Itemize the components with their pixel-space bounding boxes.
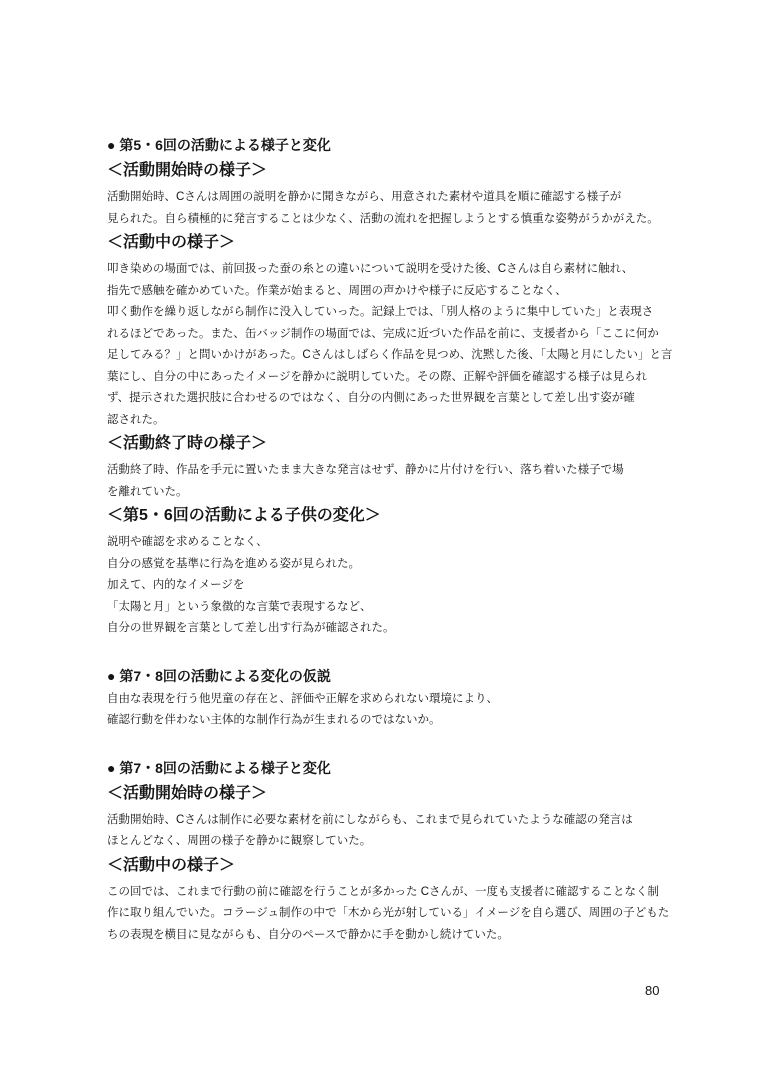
- body-paragraph: 活動開始時、Cさんは周囲の説明を静かに聞きながら、用意された素材や道具を順に確認…: [107, 187, 693, 230]
- body-paragraph: 活動開始時、Cさんは制作に必要な素材を前にしながらも、これまで見られていたような…: [107, 810, 693, 853]
- body-paragraph: 説明や確認を求めることなく、 自分の感覚を基準に行為を進める姿が見られた。 加え…: [107, 532, 693, 640]
- document-body: ● 第5・6回の活動による様子と変化 ＜活動開始時の様子＞ 活動開始時、Cさんは…: [107, 133, 693, 946]
- body-paragraph: 活動終了時、作品を手元に置いたまま大きな発言はせず、静かに片付けを行い、落ち着い…: [107, 460, 693, 503]
- bullet-heading: ● 第7・8回の活動による様子と変化: [107, 756, 693, 781]
- section-spacer: [107, 732, 693, 756]
- subsection-heading: ＜活動開始時の様子＞: [107, 158, 693, 183]
- bullet-heading: ● 第5・6回の活動による様子と変化: [107, 133, 693, 158]
- section-spacer: [107, 640, 693, 664]
- body-paragraph: 自由な表現を行う他児童の存在と、評価や正解を求められない環境により、 確認行動を…: [107, 689, 693, 732]
- subsection-heading: ＜活動中の様子＞: [107, 853, 693, 878]
- subsection-heading: ＜第5・6回の活動による子供の変化＞: [107, 503, 693, 528]
- subsection-heading: ＜活動終了時の様子＞: [107, 431, 693, 456]
- bullet-heading: ● 第7・8回の活動による変化の仮説: [107, 664, 693, 689]
- body-paragraph: この回では、これまで行動の前に確認を行うことが多かった Cさんが、一度も支援者に…: [107, 882, 693, 947]
- subsection-heading: ＜活動開始時の様子＞: [107, 781, 693, 806]
- body-paragraph: 叩き染めの場面では、前回扱った蚕の糸との違いについて説明を受けた後、Cさんは自ら…: [107, 259, 693, 431]
- subsection-heading: ＜活動中の様子＞: [107, 230, 693, 255]
- document-page: ● 第5・6回の活動による様子と変化 ＜活動開始時の様子＞ 活動開始時、Cさんは…: [0, 0, 768, 1087]
- page-number: 80: [645, 983, 659, 998]
